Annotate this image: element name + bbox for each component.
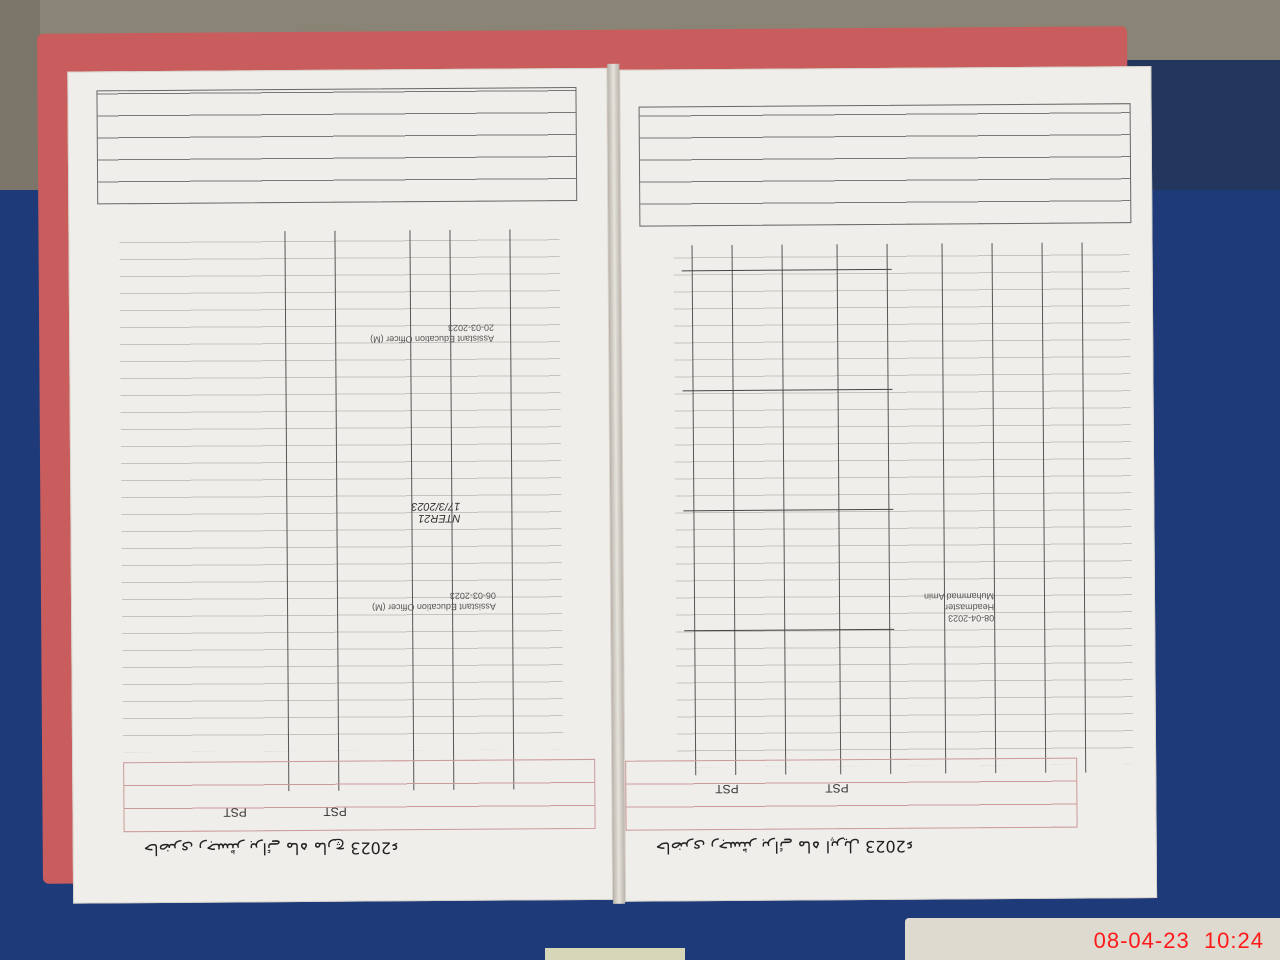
register-book: PST PST حاضری رجسٹر برائے ماہ مارچ 2023ء… xyxy=(37,26,1133,884)
designation-label: PST xyxy=(323,805,346,819)
officer-stamp: Assistant Education Officer (M) 20-03-20… xyxy=(370,322,494,345)
right-page: 08-04-2023 Headmaster Muhammad Amin PST … xyxy=(619,66,1157,902)
right-summary-table xyxy=(639,103,1132,226)
designation-label: PST xyxy=(715,782,738,796)
right-header-band xyxy=(625,758,1077,831)
left-page-title: حاضری رجسٹر برائے ماہ مارچ 2023ء xyxy=(144,838,399,859)
camera-timestamp: 08-04-23 10:24 xyxy=(1094,928,1264,954)
left-attendance-grid xyxy=(119,229,563,752)
right-attendance-grid xyxy=(674,242,1134,767)
loose-paper xyxy=(545,948,685,960)
left-page: PST PST حاضری رجسٹر برائے ماہ مارچ 2023ء… xyxy=(67,68,613,904)
designation-label: PST xyxy=(825,781,848,795)
handwritten-note: NTER21 17/3/2023 xyxy=(411,500,460,524)
left-summary-table xyxy=(96,87,577,204)
floor-corner xyxy=(0,0,40,200)
officer-stamp: Assistant Education Officer (M) 06-03-20… xyxy=(372,590,496,613)
left-header-band xyxy=(123,759,595,832)
headmaster-stamp: 08-04-2023 Headmaster Muhammad Amin xyxy=(924,590,994,623)
designation-label: PST xyxy=(223,805,246,819)
right-page-title: حاضری رجسٹر برائے ماہ اپریل 2023ء xyxy=(656,837,914,858)
